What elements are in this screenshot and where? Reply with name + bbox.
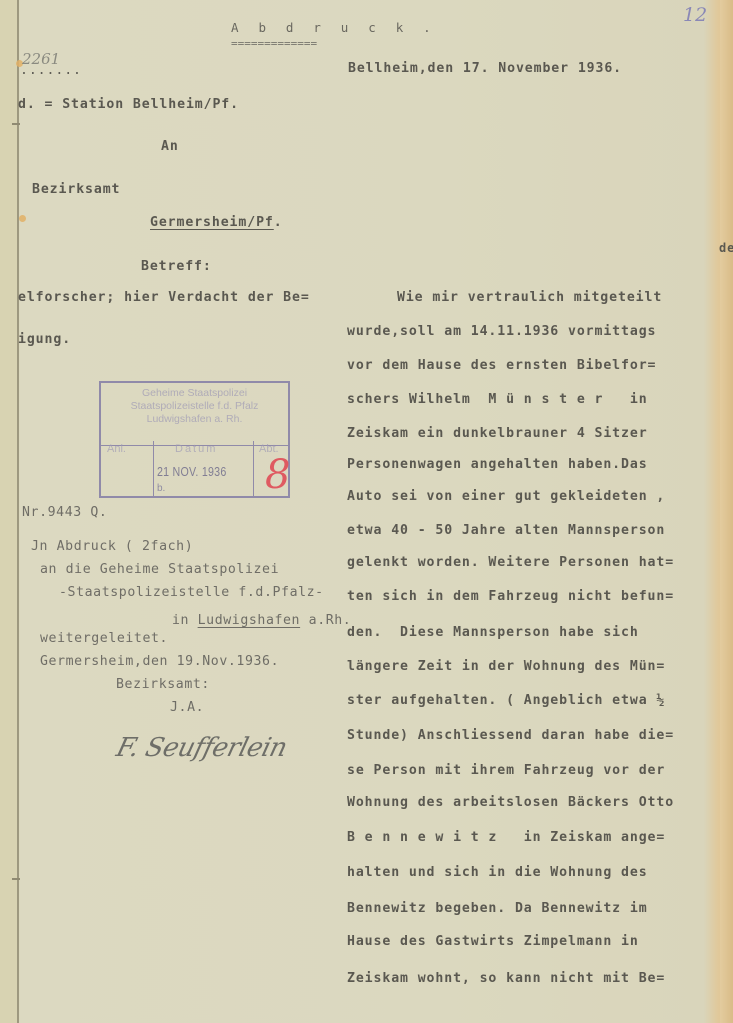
margin-tick: [12, 878, 20, 880]
forwarding-line: an die Geheime Staatspolizei: [40, 563, 279, 576]
file-number-dots: .......: [20, 64, 82, 77]
adjacent-page-fragment: de: [719, 242, 733, 254]
body-line: Wie mir vertraulich mitgeteilt: [397, 291, 662, 304]
header-double-underline: =============: [231, 38, 317, 49]
gestapo-receipt-stamp: Geheime Staatspolizei Staatspolizeistell…: [99, 381, 290, 498]
stamp-date: 21 NOV. 1936: [157, 464, 227, 479]
stamp-org-line: Geheime Staatspolizei: [101, 387, 288, 400]
body-line: den. Diese Mannsperson habe sich: [347, 626, 639, 639]
forwarding-city-name: Ludwigshafen: [198, 613, 300, 628]
binding-margin-line: [17, 0, 19, 1023]
reference-number: Nr.9443 Q.: [22, 506, 107, 519]
body-line: Zeiskam wohnt, so kann nicht mit Be=: [347, 972, 665, 985]
forwarding-line: Jn Abdruck ( 2fach): [31, 540, 193, 553]
salutation-to: An: [161, 140, 179, 153]
recipient-office: Bezirksamt: [32, 183, 120, 196]
stamp-col-attachments: Anl.: [101, 441, 154, 496]
paper-edge: [720, 0, 733, 1023]
body-line: se Person mit ihrem Fahrzeug vor der: [347, 764, 665, 777]
stamp-division-handwritten: 8: [265, 455, 290, 495]
body-line: ster aufgehalten. ( Angeblich etwa ½: [347, 694, 665, 707]
forwarding-office: Bezirksamt:: [116, 678, 210, 691]
body-line: ten sich in dem Fahrzeug nicht befun=: [347, 590, 674, 603]
body-line: Hause des Gastwirts Zimpelmann in: [347, 935, 639, 948]
sender-line: d. = Station Bellheim/Pf.: [18, 98, 239, 111]
staple-hole-icon: [19, 215, 26, 222]
stamp-org-line: Ludwigshafen a. Rh.: [101, 413, 288, 426]
stamp-header: Geheime Staatspolizei Staatspolizeistell…: [101, 383, 288, 446]
body-line: gelenkt worden. Weitere Personen hat=: [347, 556, 674, 569]
body-line: etwa 40 - 50 Jahre alten Mannsperson: [347, 524, 665, 537]
body-line: längere Zeit in der Wohnung des Mün=: [347, 660, 665, 673]
stamp-sub: b.: [157, 483, 165, 494]
forwarding-place-date: Germersheim,den 19.Nov.1936.: [40, 655, 279, 668]
body-line: Zeiskam ein dunkelbrauner 4 Sitzer: [347, 427, 648, 440]
recipient-city-name: Germersheim/Pf: [150, 215, 274, 230]
forwarding-line: -Staatspolizeistelle f.d.Pfalz-: [59, 586, 324, 599]
stamp-org-line: Staatspolizeistelle f.d. Pfalz: [101, 400, 288, 413]
forwarded-line: weitergeleitet.: [40, 632, 168, 645]
body-line: B e n n e w i t z in Zeiskam ange=: [347, 831, 665, 844]
by-order: J.A.: [170, 701, 204, 714]
body-line: halten und sich in die Wohnung des: [347, 866, 648, 879]
body-line: Personenwagen angehalten haben.Das: [347, 458, 648, 471]
forwarding-city-suffix: a.Rh.: [300, 613, 351, 628]
stamp-col-date: Datum 21 NOV. 1936 b.: [153, 441, 254, 496]
place-date: Bellheim,den 17. November 1936.: [348, 62, 622, 75]
forwarding-city-prefix: in: [172, 613, 198, 628]
body-line: Stunde) Anschliessend daran habe die=: [347, 729, 674, 742]
recipient-city-suffix: .: [274, 215, 283, 230]
stamp-col-division: Abt. 8: [253, 441, 288, 496]
body-line: Wohnung des arbeitslosen Bäckers Otto: [347, 796, 674, 809]
body-line: Auto sei von einer gut gekleideten ,: [347, 490, 665, 503]
body-line: wurde,soll am 14.11.1936 vormittags: [347, 325, 656, 338]
subject-line-2: igung.: [18, 333, 71, 346]
forwarding-city: in Ludwigshafen a.Rh.: [172, 609, 351, 628]
document-header-title: A b d r u c k .: [231, 22, 437, 35]
subject-line-1: elforscher; hier Verdacht der Be=: [18, 291, 310, 304]
stamp-label: Anl.: [107, 443, 126, 455]
body-line: Bennewitz begeben. Da Bennewitz im: [347, 902, 648, 915]
body-line: schers Wilhelm M ü n s t e r in: [347, 393, 648, 406]
recipient-city: Germersheim/Pf.: [150, 211, 283, 230]
stamp-label: Datum: [175, 443, 217, 455]
body-line: vor dem Hause des ernsten Bibelfor=: [347, 359, 656, 372]
page-number-handwritten: 12: [683, 4, 707, 26]
subject-label: Betreff:: [141, 260, 212, 273]
handwritten-signature: F. Seufferlein: [113, 733, 290, 763]
margin-tick: [12, 123, 20, 125]
